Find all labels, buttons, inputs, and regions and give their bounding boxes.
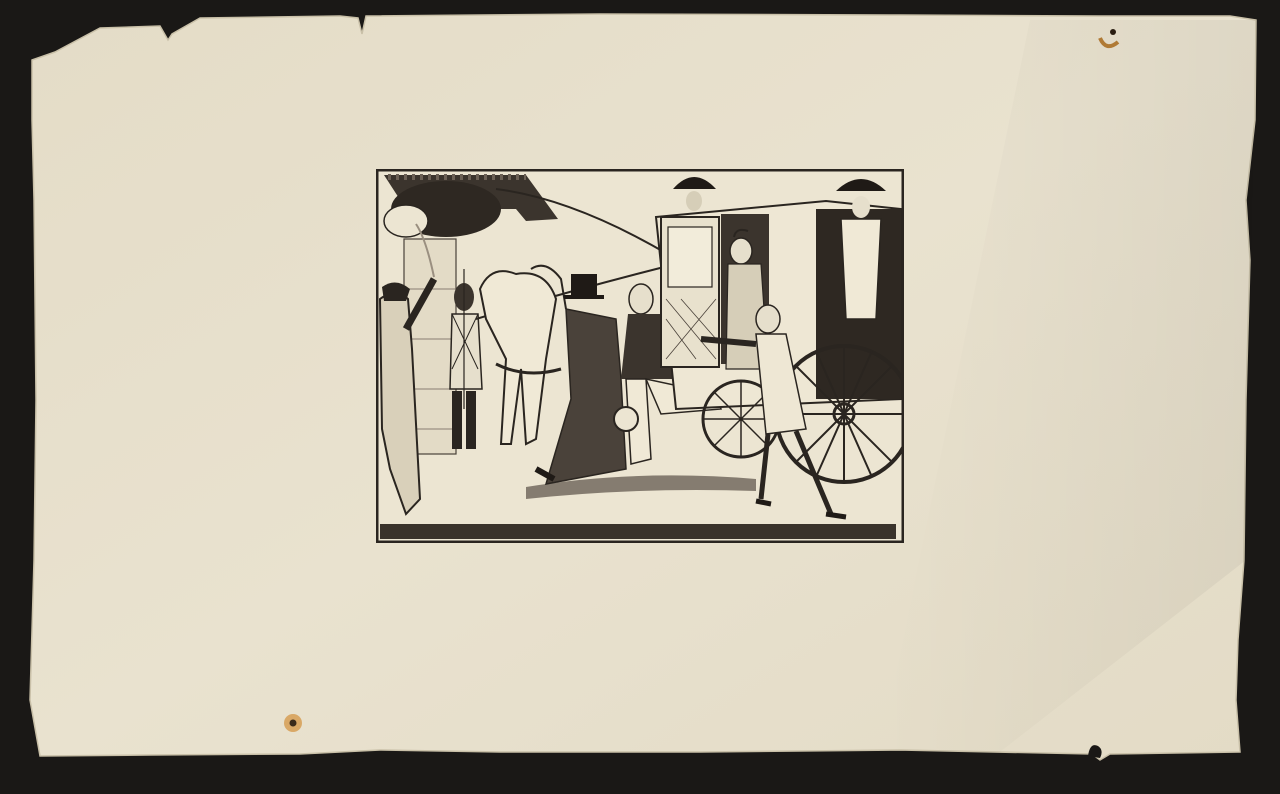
woodcut-print <box>376 169 904 543</box>
photograph-stage <box>0 0 1280 794</box>
woodcut-illustration <box>376 169 904 543</box>
